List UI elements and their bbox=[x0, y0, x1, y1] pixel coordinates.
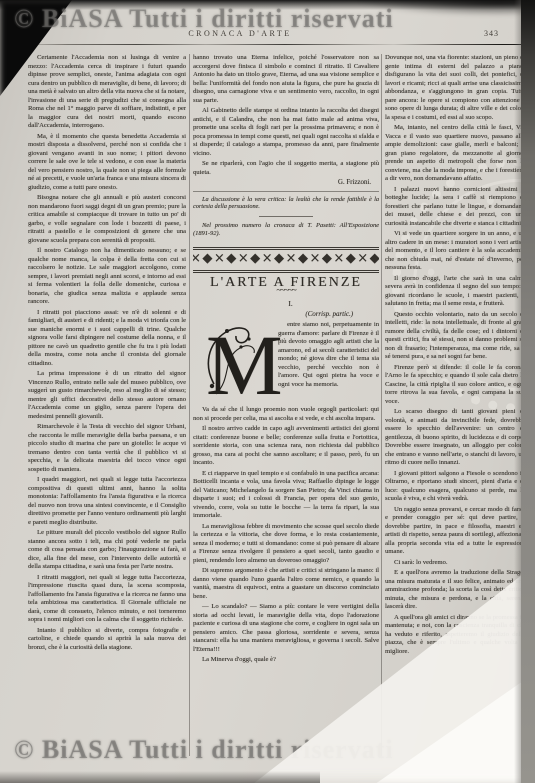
scanned-journal-page: CRONACA D'ARTE 343 Certamente l'Accademi… bbox=[0, 0, 535, 783]
paragraph: I palazzi nuovi hanno cornicioni altissi… bbox=[385, 186, 525, 229]
paragraph: Ma, è il momento che questa benedetta Ac… bbox=[28, 133, 186, 193]
paragraph: Al Gabinetto delle stampe si ordina inta… bbox=[193, 107, 379, 158]
scan-edge-right bbox=[521, 0, 535, 783]
paragraph: Certamente l'Accademia non si lusinga di… bbox=[28, 54, 186, 131]
ornament-band: ◆×◆×◆×◆×◆×◆×◆×◆×◆× bbox=[193, 247, 379, 273]
paragraph: E ci riapparve in quel tempio e si confa… bbox=[193, 470, 379, 521]
separator-rule bbox=[193, 191, 379, 192]
paragraph: Questo occhio volontario, nato da un sec… bbox=[385, 311, 525, 362]
paragraph: Lo scarso disegno di tanti giovani pieni… bbox=[385, 408, 525, 468]
paragraph: Vi si vede un quartiere sorgere in un an… bbox=[385, 230, 525, 273]
paragraph: La meravigliosa febbre di movimento che … bbox=[193, 523, 379, 566]
paragraph: I ritratti poi piacciono assai: ve n'è d… bbox=[28, 309, 186, 369]
paragraph: Rimarchevole è la Testa di vecchio del s… bbox=[28, 423, 186, 474]
paragraph: La prima impressione è di un ritratto de… bbox=[28, 370, 186, 421]
article-opening-paragraph: M entre siamo noi, perpetuamente in guer… bbox=[193, 321, 379, 389]
paragraph: Intanto il pubblico si diverte, compra f… bbox=[28, 627, 186, 653]
paragraph: Dovunque noi, una via fiorente: stazioni… bbox=[385, 54, 525, 122]
paragraph: Un raggio senza provarsi, e cercar modo … bbox=[385, 506, 525, 557]
column-divider-right bbox=[381, 54, 382, 756]
paragraph: Di supremo argomento è che artisti e cri… bbox=[193, 567, 379, 601]
paragraph: hanno trovato una Eterna infelice, poich… bbox=[193, 54, 379, 105]
woodcut-initial-m-icon: M bbox=[202, 322, 282, 406]
author-signature: G. Frizzoni. bbox=[193, 179, 379, 188]
text-column-middle: hanno trovato una Eterna infelice, poich… bbox=[193, 54, 379, 760]
drop-cap-initial: M bbox=[193, 322, 273, 406]
editorial-note: La discussione è la vera critica: la lea… bbox=[193, 196, 379, 211]
paragraph: I giovani pittori salgono a Fiesole o sc… bbox=[385, 470, 525, 504]
next-issue-notice: Nel prossimo numero la cronaca di T. Pas… bbox=[193, 222, 379, 239]
text-column-left: Certamente l'Accademia non si lusinga di… bbox=[28, 54, 186, 760]
ornament-pattern: ◆×◆×◆×◆×◆×◆×◆×◆×◆× bbox=[193, 249, 379, 271]
paragraph: La Minerva d'oggi, quale è? bbox=[193, 656, 379, 665]
paragraph: I ritratti maggiori, nei quali si legge … bbox=[28, 574, 186, 625]
opening-text: entre siamo noi, perpetuamente in guerra… bbox=[278, 321, 379, 388]
paragraph: — Lo scandalo? — Siamo a più: contare le… bbox=[193, 603, 379, 654]
paragraph: Ci sarà: lo vedremo. bbox=[385, 559, 525, 568]
copyright-watermark-top: © BiASA Tutti i diritti riservati bbox=[14, 4, 394, 34]
paragraph: Il giorno d'oggi, l'arte che sarà in una… bbox=[385, 275, 525, 309]
section-number: I. bbox=[193, 300, 379, 309]
paragraph: Bisogna notare che gli annuali e più aus… bbox=[28, 194, 186, 245]
short-separator-rule bbox=[259, 216, 313, 217]
svg-text:M: M bbox=[206, 322, 282, 406]
header-rule bbox=[28, 44, 522, 45]
paragraph: I quadri maggiori, nei quali si legge tu… bbox=[28, 476, 186, 527]
column-divider-left bbox=[189, 54, 190, 756]
paragraph: Le pitture murali del piccolo vestibolo … bbox=[28, 529, 186, 572]
article-byline: (Corrisp. partic.) bbox=[193, 311, 379, 320]
paragraph: Il nostro arrivo cadde in capo agli avve… bbox=[193, 425, 379, 468]
paragraph: Se ne riparlerà, con l'agio che il sogge… bbox=[193, 160, 379, 177]
paragraph: Firenze però si difende: il colle le fa … bbox=[385, 364, 525, 407]
paragraph: Il nostro Catalogo non ha dimenticato ne… bbox=[28, 247, 186, 307]
scan-edge-bottom bbox=[0, 771, 320, 783]
paragraph: Va da sé che il lungo proemio non vuole … bbox=[193, 406, 379, 423]
page-number: 343 bbox=[484, 29, 499, 38]
paragraph: Ma, intanto, nel centro della città le f… bbox=[385, 124, 525, 184]
